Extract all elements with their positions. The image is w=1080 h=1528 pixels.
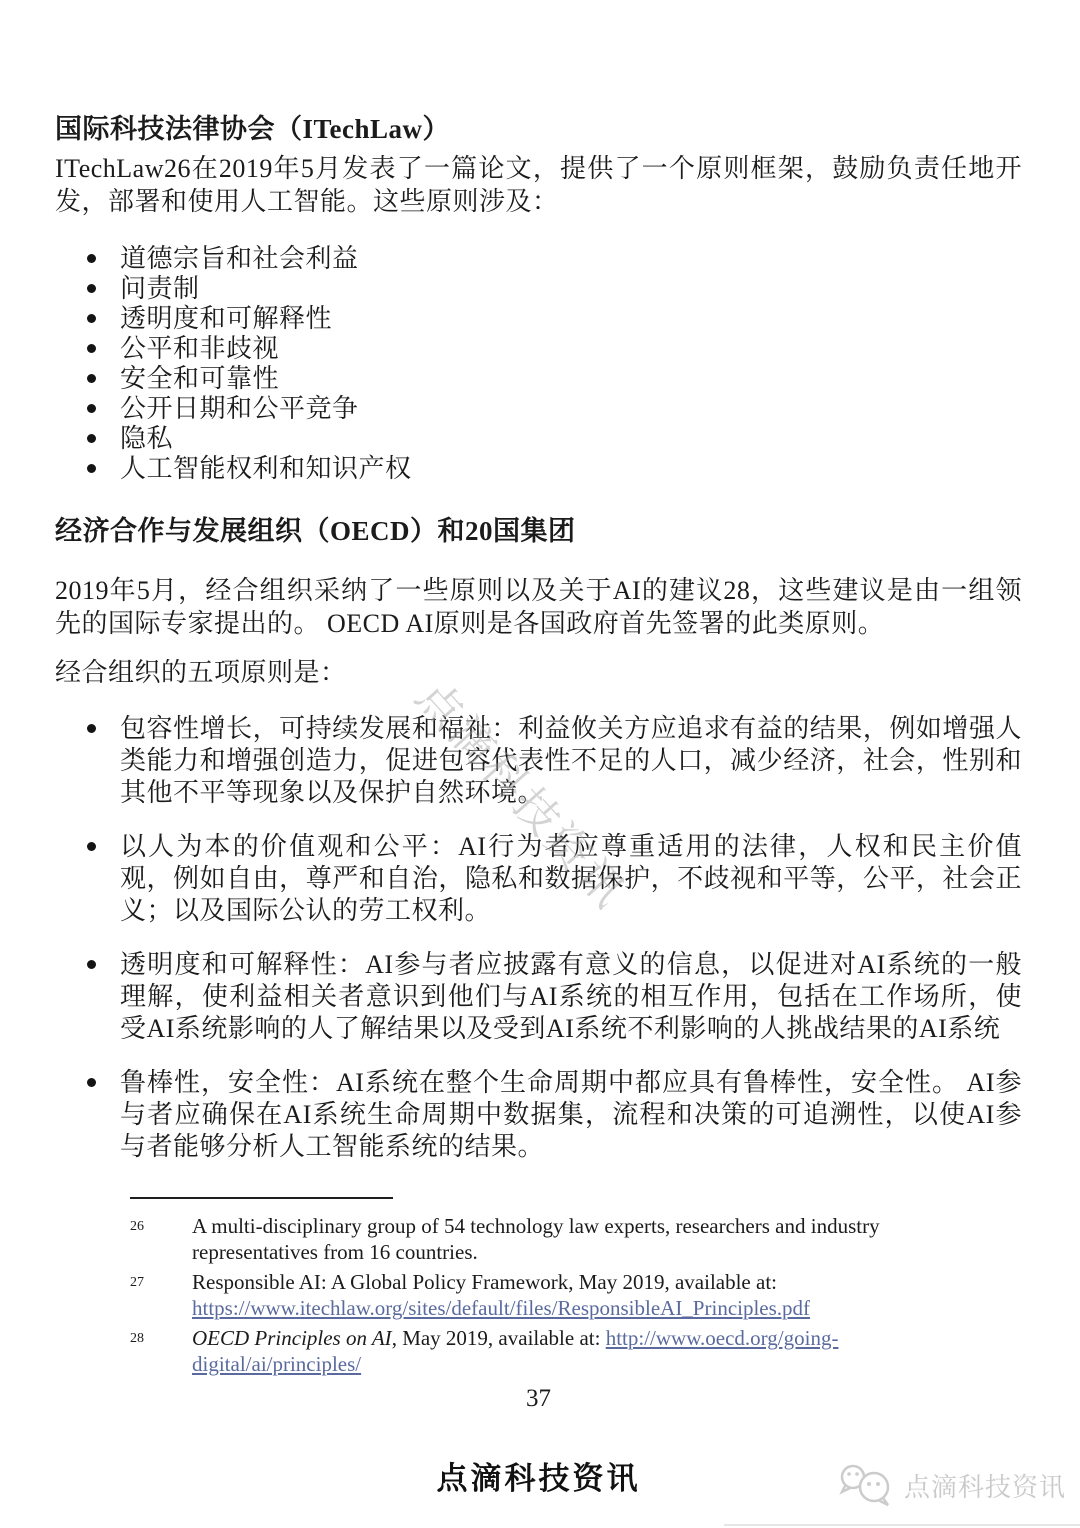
list-item-text: 以人为本的价值观和公平：AI行为者应尊重适用的法律，人权和民主价值观，例如自由，… xyxy=(120,832,1022,925)
section-heading-oecd: 经济合作与发展组织（OECD）和20国集团 xyxy=(55,514,1022,548)
document-page: 国际科技法律协会（ITechLaw） ITechLaw26在2019年5月发表了… xyxy=(0,0,1080,1528)
corner-watermark-text: 点滴科技资讯 xyxy=(904,1467,1066,1504)
corner-watermark: 点滴科技资讯 xyxy=(836,1462,1066,1508)
list-item: 问责制 xyxy=(120,274,1022,304)
list-item: 包容性增长，可持续发展和福祉：利益攸关方应追求有益的结果，例如增强人类能力和增强… xyxy=(120,713,1022,809)
itechlaw-pdf-link[interactable]: https://www.itechlaw.org/sites/default/f… xyxy=(192,1296,810,1320)
page-content: 国际科技法律协会（ITechLaw） ITechLaw26在2019年5月发表了… xyxy=(0,0,1080,1498)
footnote-text-middle: , May 2019, available at: xyxy=(392,1326,606,1350)
list-item-text: 人工智能权利和知识产权 xyxy=(120,454,412,483)
itechlaw-principles-list: 道德宗旨和社会利益 问责制 透明度和可解释性 公平和非歧视 安全和可靠性 公开日… xyxy=(120,244,1022,484)
itechlaw-intro-paragraph: ITechLaw26在2019年5月发表了一篇论文，提供了一个原则框架，鼓励负责… xyxy=(55,152,1022,218)
list-item-text: 鲁棒性，安全性：AI系统在整个生命周期中都应具有鲁棒性，安全性。 AI参与者应确… xyxy=(120,1068,1022,1161)
list-item-text: 公平和非歧视 xyxy=(120,334,279,363)
section-heading-itechlaw: 国际科技法律协会（ITechLaw） xyxy=(55,112,1022,146)
list-item-text: 透明度和可解释性：AI参与者应披露有意义的信息，以促进对AI系统的一般理解，使利… xyxy=(120,950,1022,1043)
list-item-text: 包容性增长，可持续发展和福祉：利益攸关方应追求有益的结果，例如增强人类能力和增强… xyxy=(120,714,1022,807)
chat-bubbles-logo-icon xyxy=(836,1462,898,1508)
list-item-text: 问责制 xyxy=(120,274,200,303)
list-item: 安全和可靠性 xyxy=(120,364,1022,394)
page-edge-shadow xyxy=(724,1524,1080,1526)
list-item: 透明度和可解释性：AI参与者应披露有意义的信息，以促进对AI系统的一般理解，使利… xyxy=(120,949,1022,1045)
footnote-28: 28 OECD Principles on AI, May 2019, avai… xyxy=(130,1325,1022,1377)
footnote-26: 26 A multi-disciplinary group of 54 tech… xyxy=(130,1213,1022,1265)
footnote-separator xyxy=(130,1197,393,1199)
list-item-text: 道德宗旨和社会利益 xyxy=(120,244,359,273)
list-item-text: 隐私 xyxy=(120,424,173,453)
page-number: 37 xyxy=(55,1385,1022,1413)
oecd-principles-list: 包容性增长，可持续发展和福祉：利益攸关方应追求有益的结果，例如增强人类能力和增强… xyxy=(120,713,1022,1163)
footnote-number: 26 xyxy=(130,1213,192,1265)
footnote-text: OECD Principles on AI, May 2019, availab… xyxy=(192,1325,960,1377)
list-item: 公平和非歧视 xyxy=(120,334,1022,364)
footnote-text: Responsible AI: A Global Policy Framewor… xyxy=(192,1269,960,1321)
list-item: 以人为本的价值观和公平：AI行为者应尊重适用的法律，人权和民主价值观，例如自由，… xyxy=(120,831,1022,927)
footnote-text-lead: Responsible AI: A Global Policy Framewor… xyxy=(192,1270,777,1294)
list-item: 道德宗旨和社会利益 xyxy=(120,244,1022,274)
footnote-text: A multi-disciplinary group of 54 technol… xyxy=(192,1213,960,1265)
list-item-text: 透明度和可解释性 xyxy=(120,304,332,333)
footnote-number: 27 xyxy=(130,1269,192,1321)
oecd-lead-paragraph: 经合组织的五项原则是： xyxy=(55,656,1022,689)
list-item: 人工智能权利和知识产权 xyxy=(120,454,1022,484)
footnote-number: 28 xyxy=(130,1325,192,1377)
footnote-27: 27 Responsible AI: A Global Policy Frame… xyxy=(130,1269,1022,1321)
list-item: 鲁棒性，安全性：AI系统在整个生命周期中都应具有鲁棒性，安全性。 AI参与者应确… xyxy=(120,1067,1022,1163)
oecd-intro-paragraph: 2019年5月，经合组织采纳了一些原则以及关于AI的建议28，这些建议是由一组领… xyxy=(55,574,1022,640)
list-item-text: 安全和可靠性 xyxy=(120,364,279,393)
list-item: 隐私 xyxy=(120,424,1022,454)
list-item: 公开日期和公平竞争 xyxy=(120,394,1022,424)
footnote-italic-title: OECD Principles on AI xyxy=(192,1326,392,1350)
list-item-text: 公开日期和公平竞争 xyxy=(120,394,359,423)
footnotes-section: 26 A multi-disciplinary group of 54 tech… xyxy=(55,1197,1022,1377)
list-item: 透明度和可解释性 xyxy=(120,304,1022,334)
